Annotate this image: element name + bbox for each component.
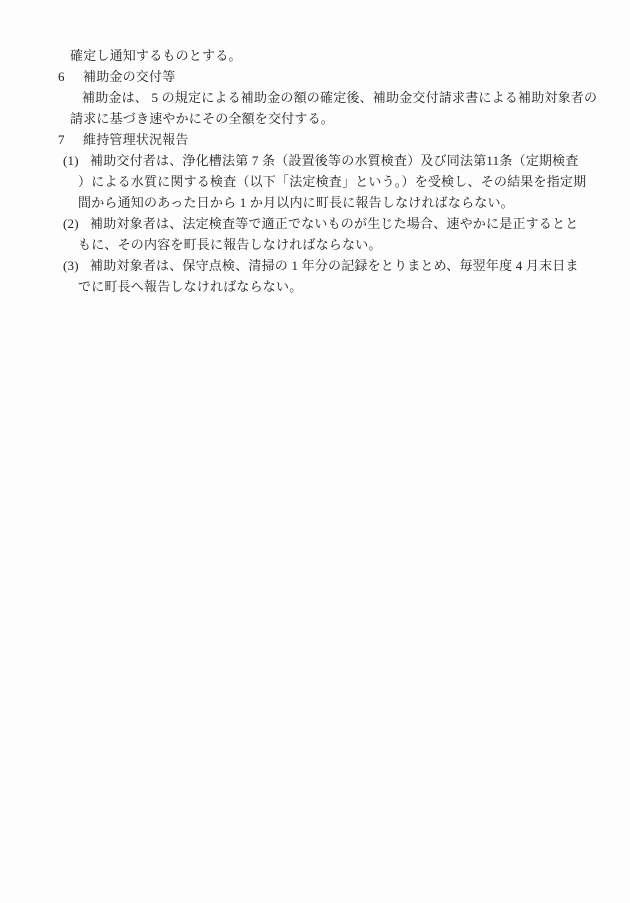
subitem-1-line: 間から通知のあった日から 1 か月以内に町長に報告しなければならない。 [58,192,590,213]
item-6-body-line: 補助金は、 5 の規定による補助金の額の確定後、補助金交付請求書による補助対象者… [58,87,590,108]
subitem-2-line: もに、その内容を町長に報告しなければならない。 [58,234,590,255]
subitem-2-number: (2) [63,213,79,234]
document-page: 確定し通知するものとする。 6補助金の交付等 補助金は、 5 の規定による補助金… [0,0,630,903]
subitem-1-line: ）による水質に関する検査（以下「法定検査」という。）を受検し、その結果を指定期 [58,171,590,192]
item-7-title: 維持管理状況報告 [83,132,189,147]
continuation-paragraph-line: 確定し通知するものとする。 [58,45,590,66]
item-6-number: 6 [58,66,83,87]
subitem-3-number: (3) [63,255,79,276]
subitem-1-number: (1) [63,150,79,171]
subitem-1-text: 補助交付者は、浄化槽法第 7 条（設置後等の水質検査）及び同法第11条（定期検査 [90,153,579,168]
item-7-heading: 7維持管理状況報告 [58,129,590,150]
subitem-2-line: (2)補助対象者は、法定検査等で適正でないものが生じた場合、速やかに是正するとと [58,213,590,234]
subitem-3-line: (3)補助対象者は、保守点検、清掃の 1 年分の記録をとりまとめ、毎翌年度 4 … [58,255,590,276]
subitem-3-text: 補助対象者は、保守点検、清掃の 1 年分の記録をとりまとめ、毎翌年度 4 月末日… [90,258,579,273]
item-7-number: 7 [58,129,83,150]
subitem-2-text: 補助対象者は、法定検査等で適正でないものが生じた場合、速やかに是正するとと [90,216,578,231]
subitem-1-line: (1)補助交付者は、浄化槽法第 7 条（設置後等の水質検査）及び同法第11条（定… [58,150,590,171]
subitem-3-line: でに町長へ報告しなければならない。 [58,276,590,297]
item-6-heading: 6補助金の交付等 [58,66,590,87]
item-6-body-line: 請求に基づき速やかにその全額を交付する。 [58,108,590,129]
item-6-title: 補助金の交付等 [83,69,175,84]
